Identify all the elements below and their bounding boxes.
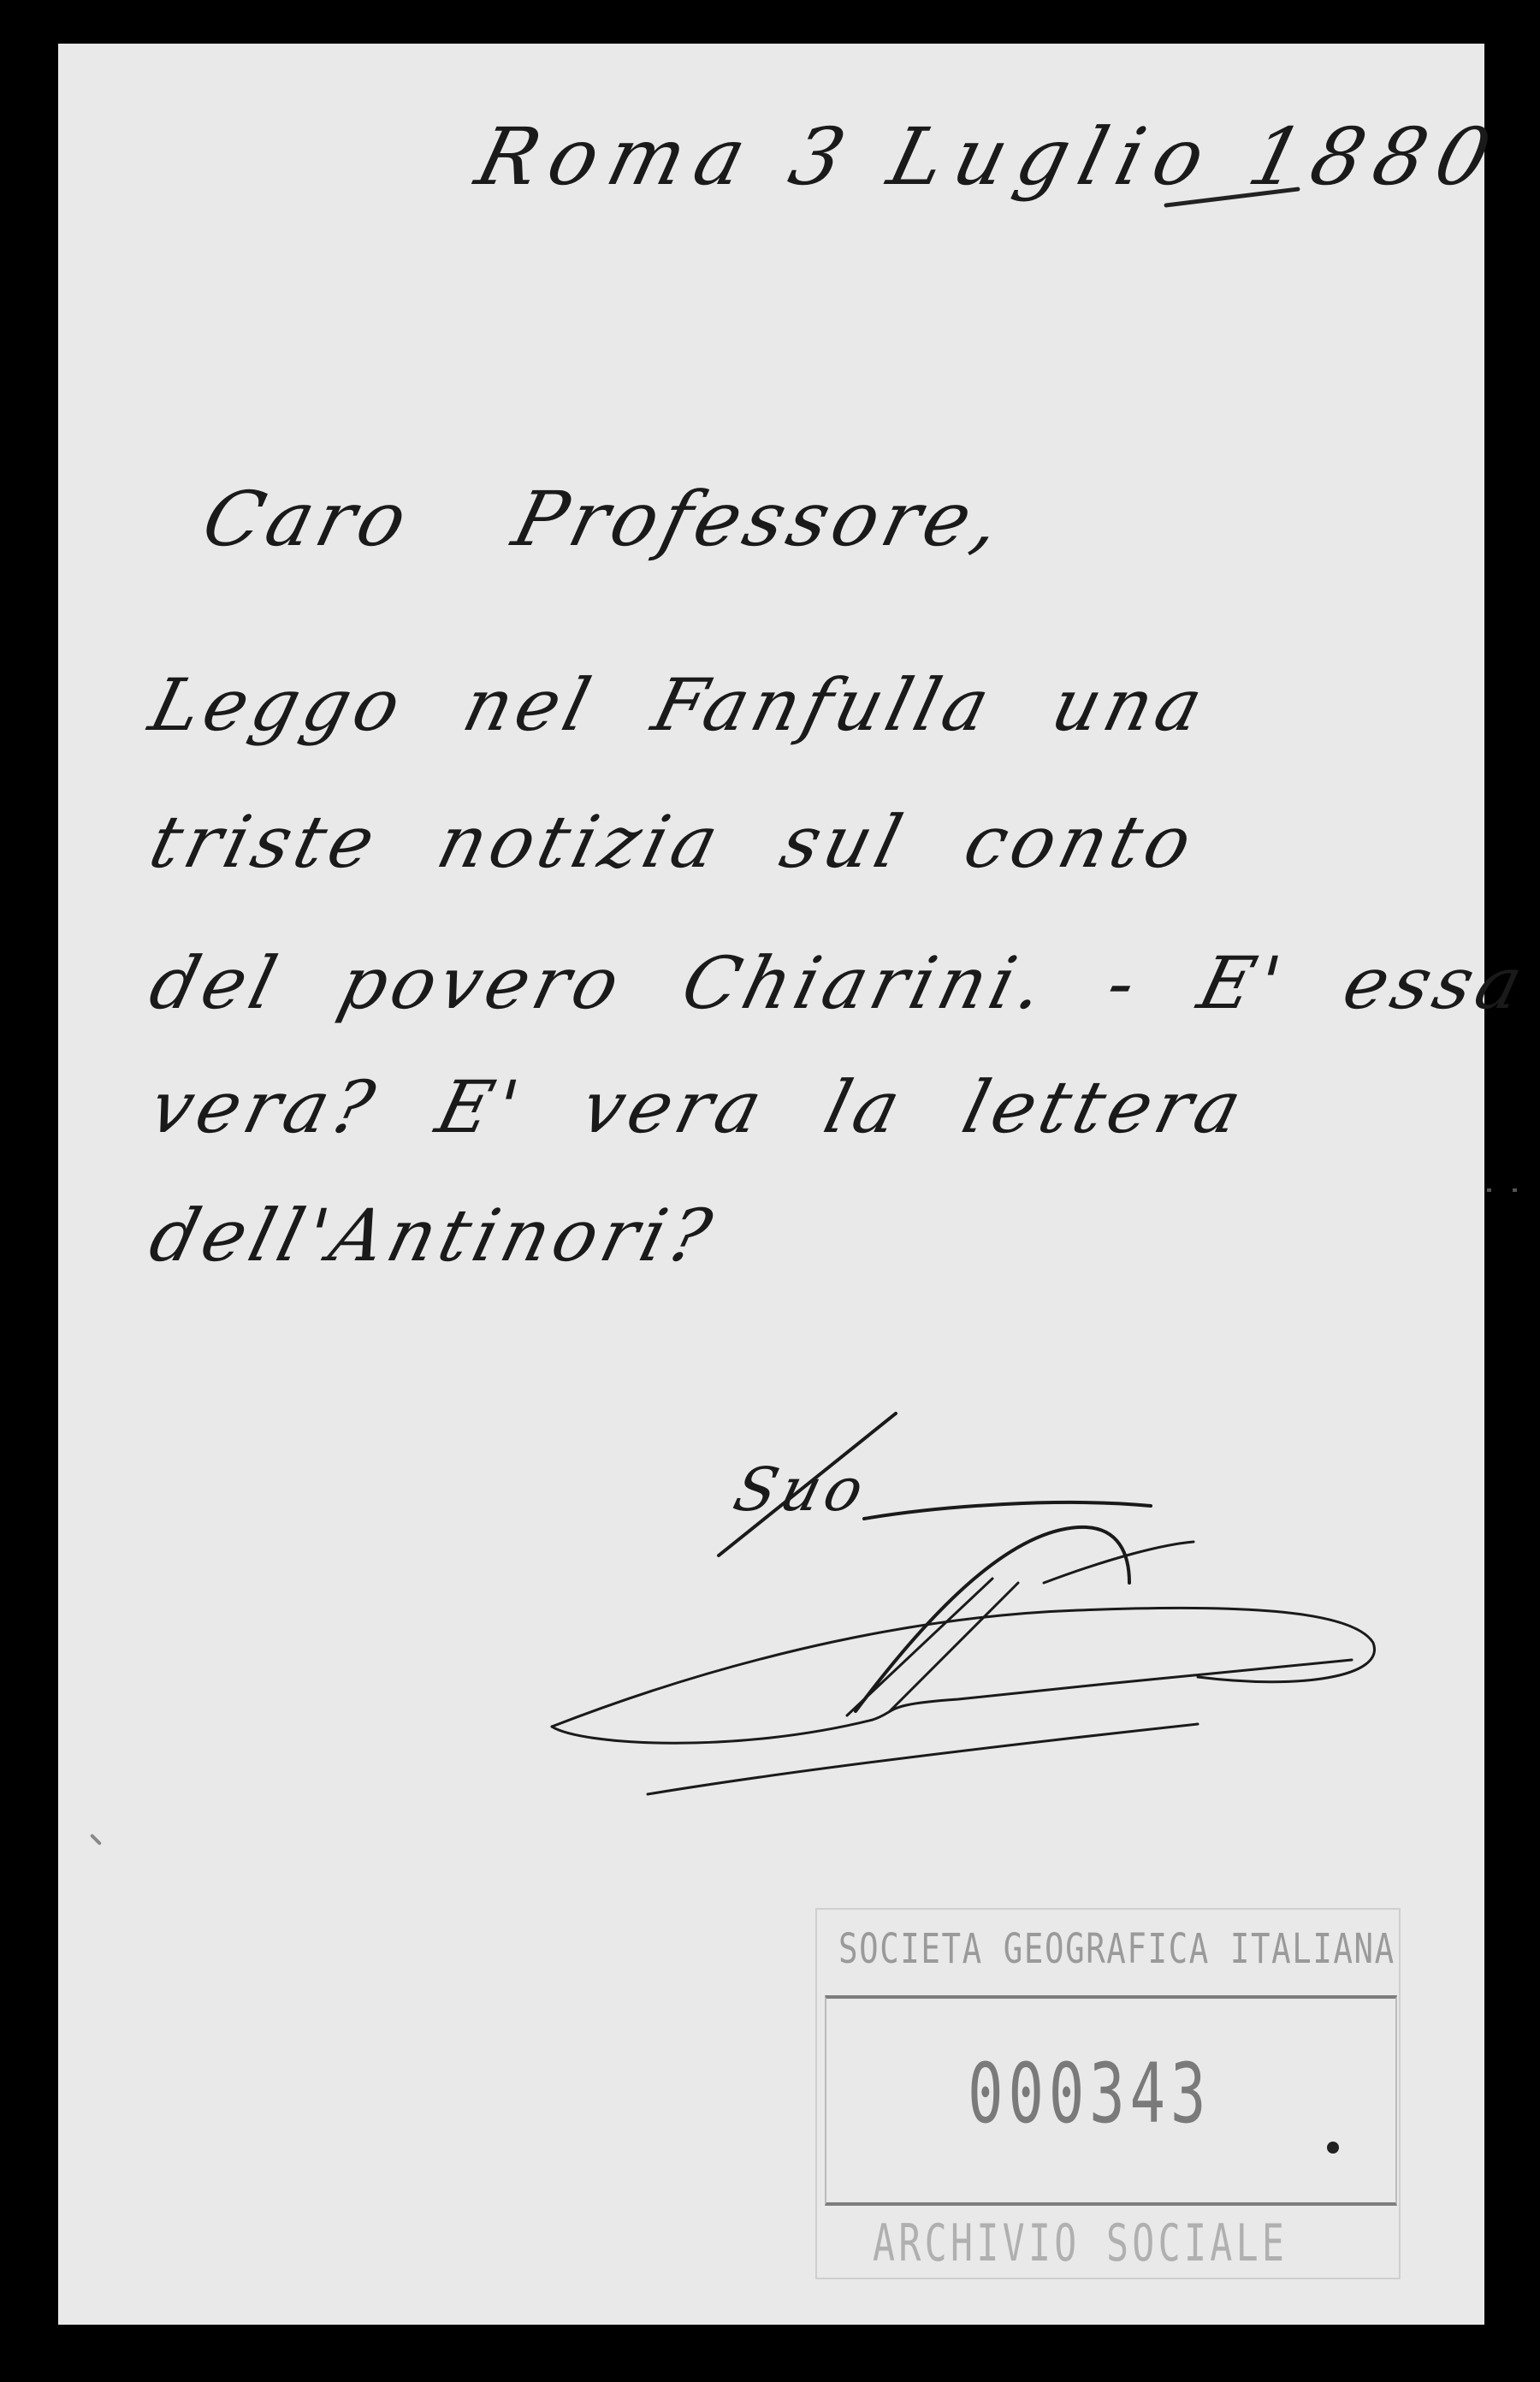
greeting: Caro Professore, <box>194 475 1015 563</box>
closing-word: Suo <box>727 1455 876 1525</box>
signature-flourish <box>530 1386 1386 1831</box>
body-line-2: triste notizia sul conto <box>142 800 1205 884</box>
date-line: Roma 3 Luglio 1880 <box>468 111 1511 203</box>
body-line-1: Leggo nel Fanfulla una <box>142 663 1216 747</box>
stamp-header: SOCIETA GEOGRAFICA ITALIANA <box>838 1925 1265 1973</box>
body-line-4: vera? E' vera la lettera <box>142 1065 1254 1149</box>
archive-stamp: SOCIETA GEOGRAFICA ITALIANA 000343 ARCHI… <box>815 1908 1401 2279</box>
stamp-number-box: 000343 <box>825 1995 1397 2206</box>
scan-edge-marks <box>1487 1188 1538 1192</box>
body-line-5: dell'Antinori? <box>142 1194 725 1277</box>
archive-number: 000343 <box>968 2046 1211 2142</box>
stamp-footer: ARCHIVIO SOCIALE <box>873 2213 1288 2273</box>
body-line-3: del povero Chiarini. - E' essa <box>142 941 1536 1025</box>
ink-dot <box>1327 2142 1339 2154</box>
